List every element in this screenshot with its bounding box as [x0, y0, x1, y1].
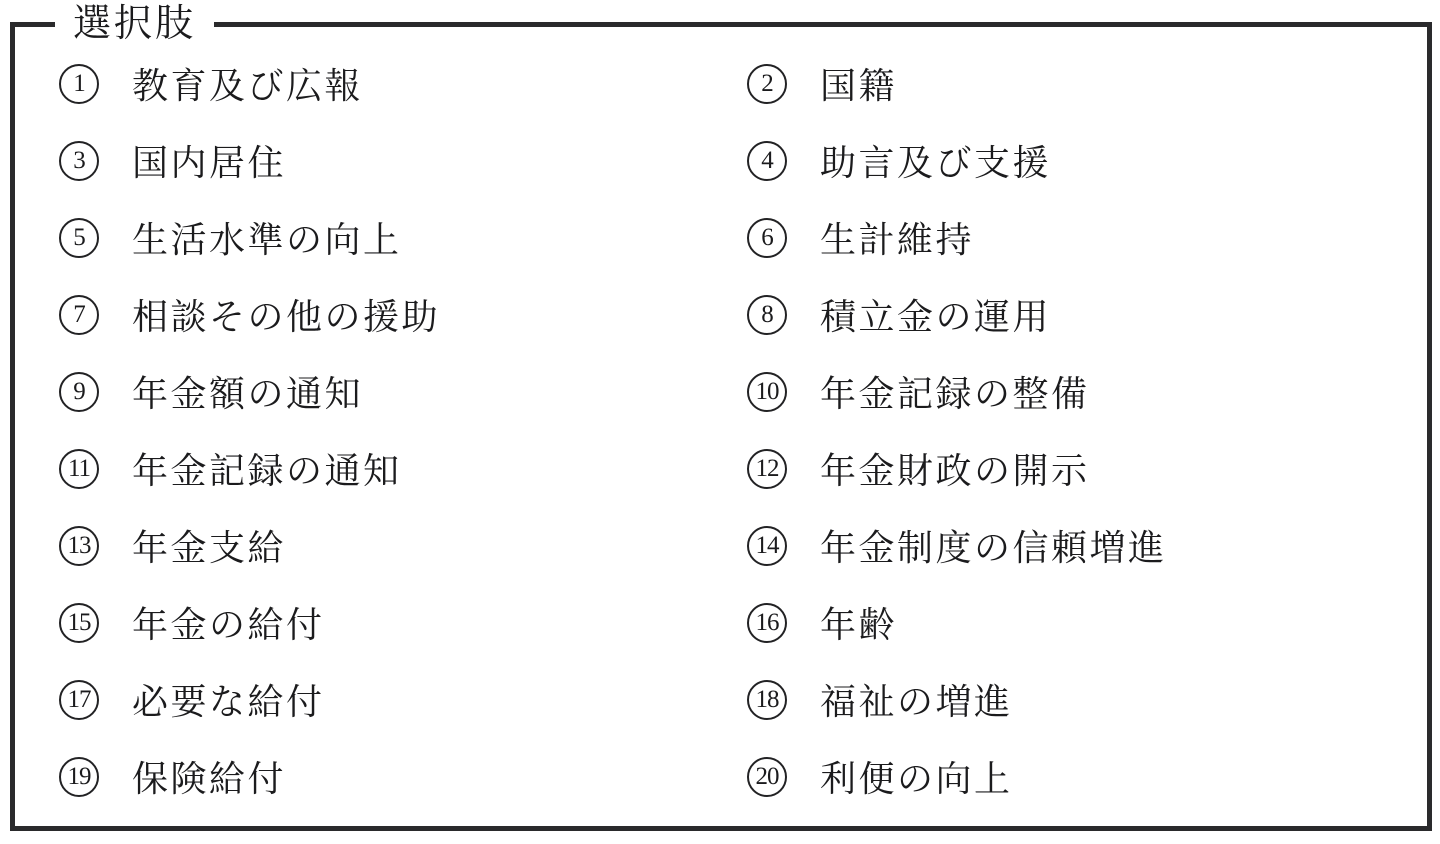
option-label: 年齢 — [820, 597, 897, 648]
option-label: 年金記録の整備 — [820, 366, 1090, 417]
option-label: 年金記録の通知 — [132, 443, 402, 494]
option-number-badge: 2 — [747, 64, 787, 104]
option-item-14: 14 年金制度の信頼増進 — [747, 507, 1427, 584]
option-item-12: 12 年金財政の開示 — [747, 430, 1427, 507]
option-number-badge: 8 — [747, 295, 787, 335]
option-item-15: 15 年金の給付 — [59, 584, 747, 661]
option-item-2: 2 国籍 — [747, 45, 1427, 122]
option-label: 利便の向上 — [820, 751, 1013, 802]
option-label: 年金財政の開示 — [820, 443, 1090, 494]
option-label: 助言及び支援 — [820, 135, 1051, 186]
option-item-4: 4 助言及び支援 — [747, 122, 1427, 199]
option-label: 福祉の増進 — [820, 674, 1013, 725]
option-number-badge: 15 — [59, 603, 99, 643]
option-number-badge: 14 — [747, 526, 787, 566]
options-box-legend: 選択肢 — [55, 0, 214, 48]
option-number-badge: 13 — [59, 526, 99, 566]
option-item-3: 3 国内居住 — [59, 122, 747, 199]
option-label: 年金額の通知 — [132, 366, 363, 417]
option-item-6: 6 生計維持 — [747, 199, 1427, 276]
option-number-badge: 4 — [747, 141, 787, 181]
option-label: 国籍 — [820, 58, 897, 109]
option-item-1: 1 教育及び広報 — [59, 45, 747, 122]
option-number-badge: 10 — [747, 372, 787, 412]
option-item-17: 17 必要な給付 — [59, 661, 747, 738]
option-number-badge: 3 — [59, 141, 99, 181]
option-item-19: 19 保険給付 — [59, 738, 747, 815]
option-label: 国内居住 — [132, 135, 286, 186]
option-number-badge: 7 — [59, 295, 99, 335]
option-item-13: 13 年金支給 — [59, 507, 747, 584]
option-item-7: 7 相談その他の援助 — [59, 276, 747, 353]
option-label: 生計維持 — [820, 212, 974, 263]
option-number-badge: 6 — [747, 218, 787, 258]
option-number-badge: 17 — [59, 680, 99, 720]
option-label: 教育及び広報 — [132, 58, 363, 109]
option-number-badge: 11 — [59, 449, 99, 489]
option-label: 年金支給 — [132, 520, 286, 571]
document-page: 選択肢 1 教育及び広報 2 国籍 3 国内居住 4 助言及び支援 5 生活水準… — [0, 0, 1440, 844]
option-label: 必要な給付 — [132, 674, 325, 725]
option-label: 年金制度の信頼増進 — [820, 520, 1167, 571]
option-number-badge: 1 — [59, 64, 99, 104]
option-number-badge: 9 — [59, 372, 99, 412]
option-label: 相談その他の援助 — [132, 289, 440, 340]
option-item-16: 16 年齢 — [747, 584, 1427, 661]
option-number-badge: 19 — [59, 757, 99, 797]
option-item-20: 20 利便の向上 — [747, 738, 1427, 815]
option-item-10: 10 年金記録の整備 — [747, 353, 1427, 430]
option-item-5: 5 生活水準の向上 — [59, 199, 747, 276]
option-number-badge: 16 — [747, 603, 787, 643]
option-number-badge: 5 — [59, 218, 99, 258]
option-label: 生活水準の向上 — [132, 212, 402, 263]
option-label: 積立金の運用 — [820, 289, 1051, 340]
option-item-9: 9 年金額の通知 — [59, 353, 747, 430]
option-item-18: 18 福祉の増進 — [747, 661, 1427, 738]
option-number-badge: 12 — [747, 449, 787, 489]
option-number-badge: 20 — [747, 757, 787, 797]
options-grid: 1 教育及び広報 2 国籍 3 国内居住 4 助言及び支援 5 生活水準の向上 … — [15, 27, 1427, 815]
option-number-badge: 18 — [747, 680, 787, 720]
option-item-8: 8 積立金の運用 — [747, 276, 1427, 353]
option-label: 年金の給付 — [132, 597, 325, 648]
options-box: 選択肢 1 教育及び広報 2 国籍 3 国内居住 4 助言及び支援 5 生活水準… — [10, 22, 1432, 831]
option-label: 保険給付 — [132, 751, 286, 802]
option-item-11: 11 年金記録の通知 — [59, 430, 747, 507]
